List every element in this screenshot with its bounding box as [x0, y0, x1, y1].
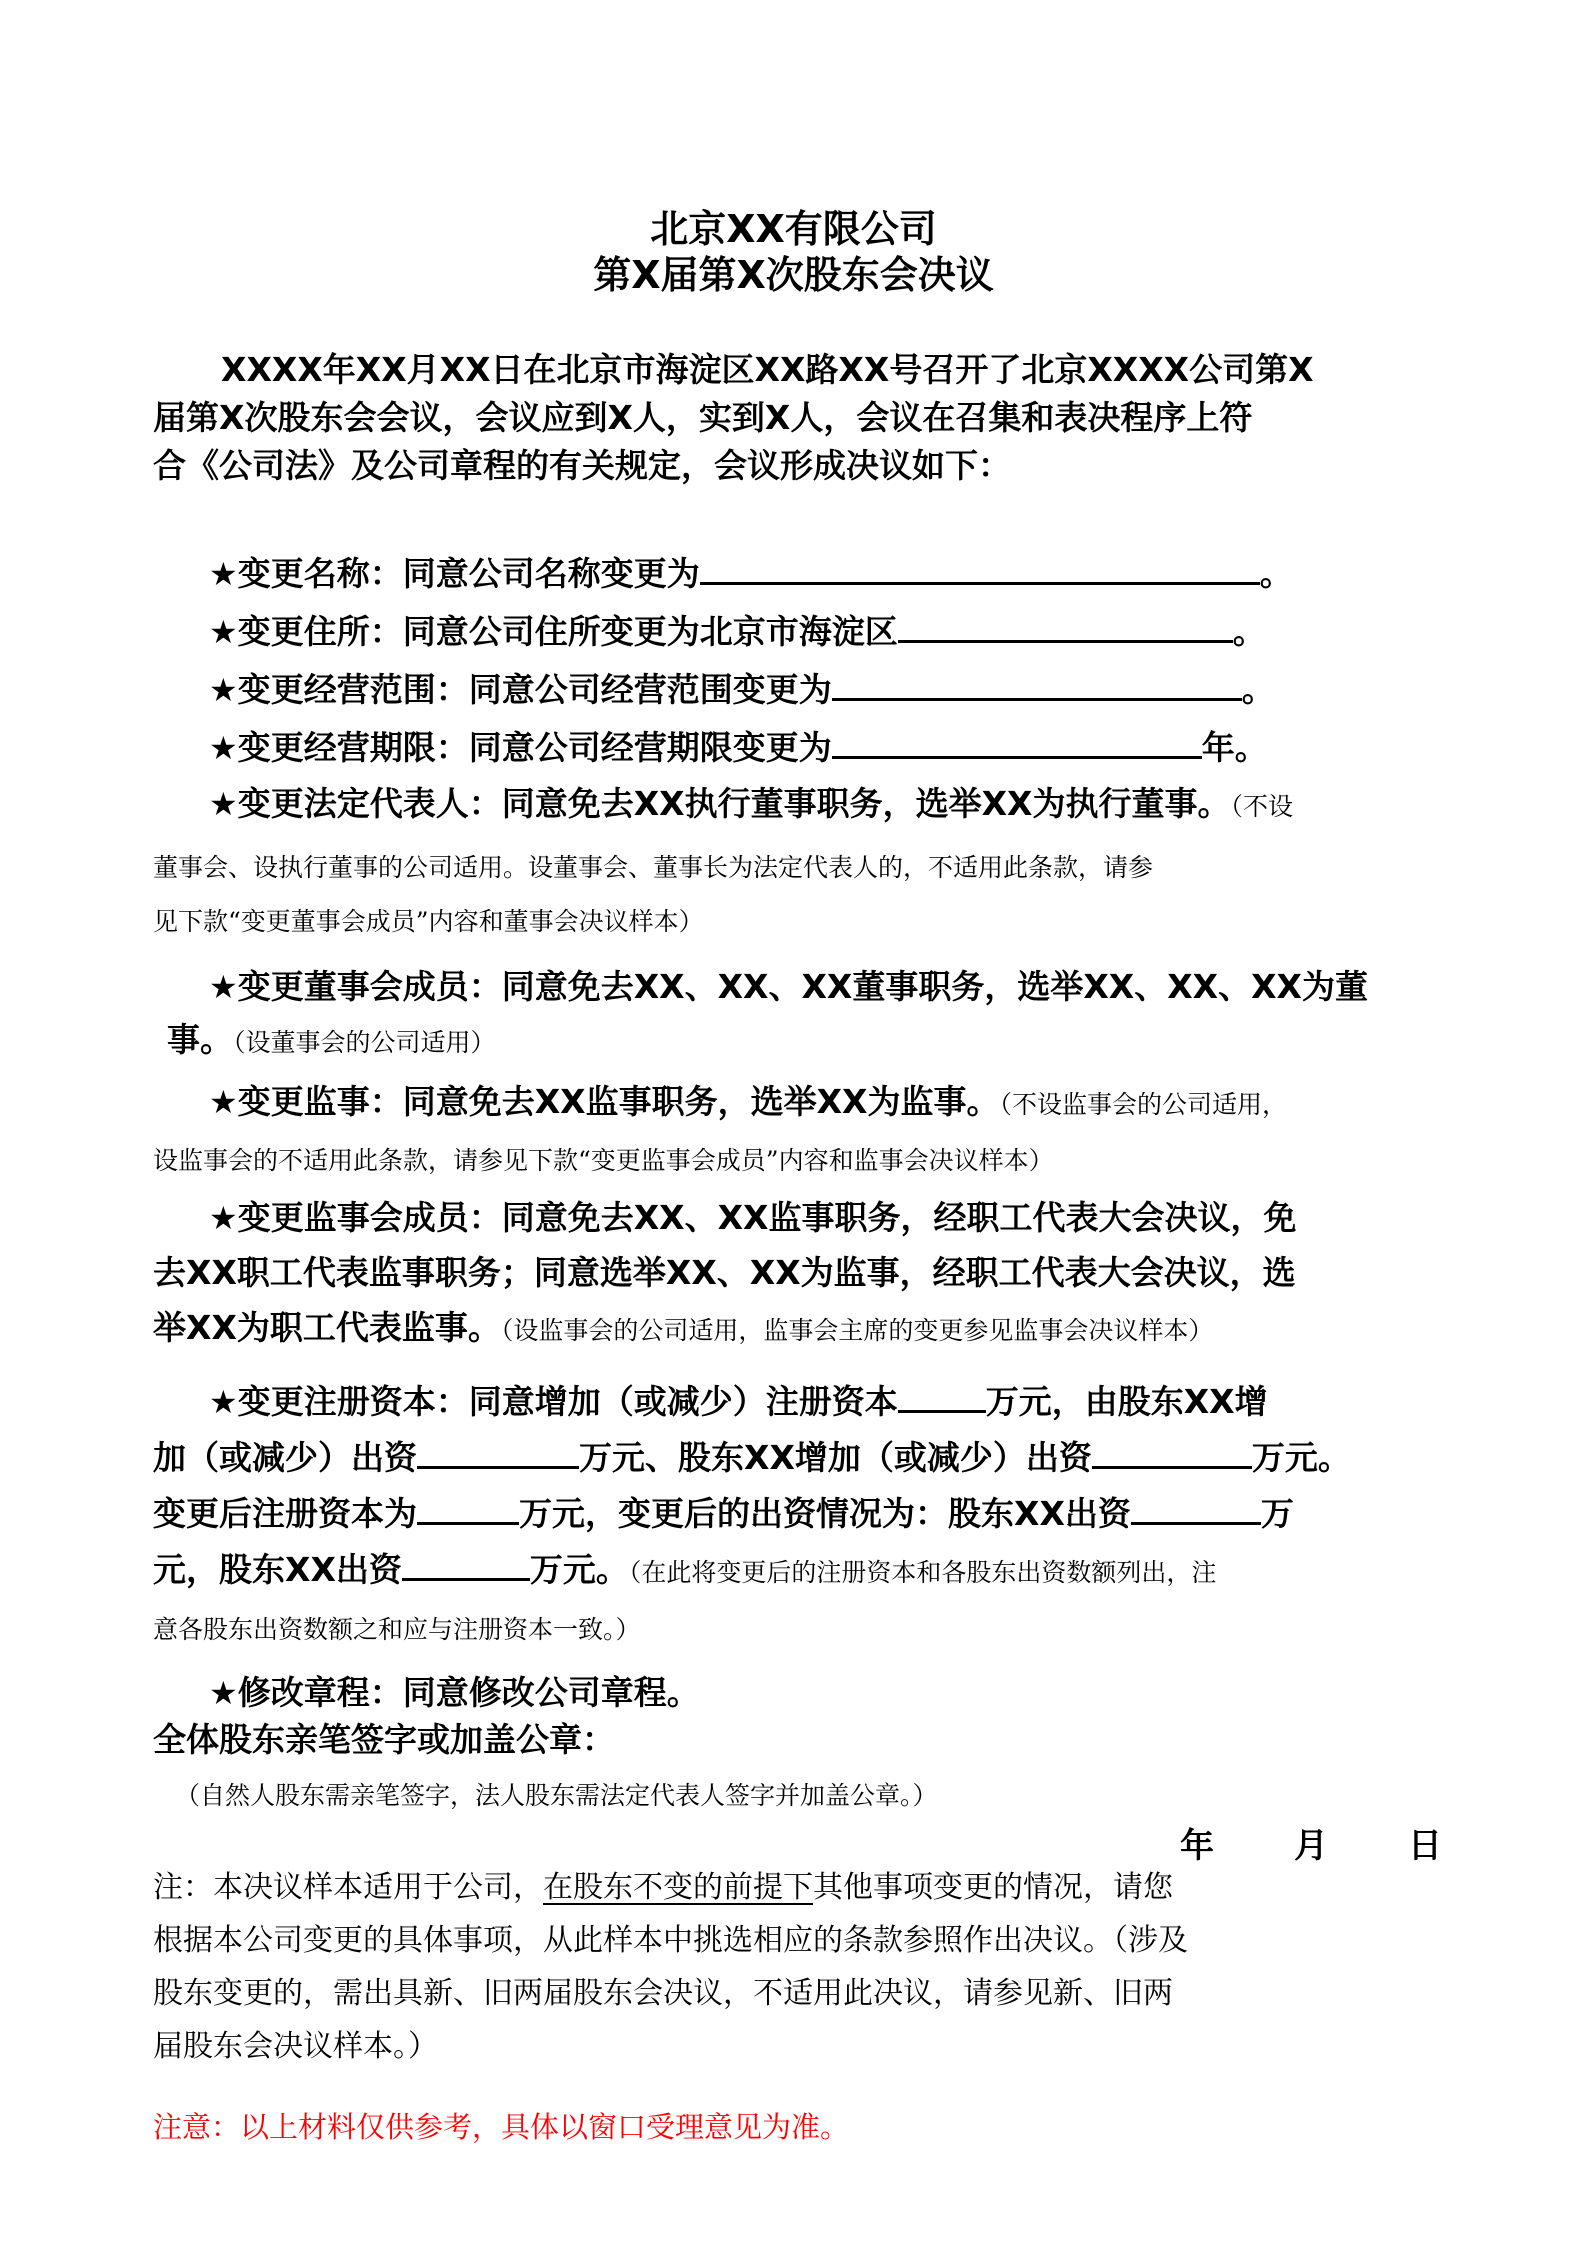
date-year: 年 — [1180, 1818, 1214, 1867]
legal-rep-note-2: 董事会、设执行董事的公司适用。设董事会、董事长为法定代表人的，不适用此条款，请参 — [153, 848, 1443, 888]
intro-line-3: 合《公司法》及公司章程的有关规定，会议形成决议如下： — [153, 446, 1443, 486]
star-icon: ★ — [209, 729, 238, 767]
date-line: 年 月 日 — [1180, 1818, 1442, 1867]
item-change-term: ★变更经营期限：同意公司经营期限变更为年。 — [153, 726, 1499, 768]
star-icon: ★ — [209, 1674, 238, 1712]
capital-amount-blank[interactable] — [898, 1380, 986, 1413]
legal-rep-note-3: 见下款“变更董事会成员”内容和董事会决议样本） — [153, 902, 1443, 942]
intro-line-1: XXXX年XX月XX日在北京市海淀区XX路XX号召开了北京XXXX公司第X — [153, 350, 1443, 390]
intro-line-2: 届第X次股东会会议，会议应到X人，实到X人，会议在召集和表决程序上符 — [153, 398, 1443, 438]
scope-blank-field[interactable] — [832, 668, 1242, 701]
term-blank-field[interactable] — [832, 726, 1202, 759]
capital-line-4: 元，股东XX出资万元。（在此将变更后的注册资本和各股东出资数额列出，注 — [153, 1548, 1443, 1593]
date-day: 日 — [1408, 1818, 1442, 1867]
star-icon: ★ — [209, 1083, 238, 1121]
resolution-title: 第X届第X次股东会决议 — [0, 244, 1587, 299]
document-page: 北京XX有限公司 第X届第X次股东会决议 XXXX年XX月XX日在北京市海淀区X… — [0, 0, 1587, 2245]
shareholder-new-2-blank[interactable] — [402, 1548, 530, 1581]
star-icon: ★ — [209, 1383, 238, 1421]
date-month: 月 — [1294, 1818, 1328, 1867]
item-change-address: ★变更住所：同意公司住所变更为北京市海淀区。 — [153, 610, 1499, 652]
capital-line-3: 变更后注册资本为万元，变更后的出资情况为：股东XX出资万 — [153, 1492, 1443, 1534]
item-change-name: ★变更名称：同意公司名称变更为。 — [153, 552, 1499, 594]
capital-note-2: 意各股东出资数额之和应与注册资本一致。） — [153, 1610, 1443, 1650]
star-icon: ★ — [209, 555, 238, 593]
capital-line-2: 加（或减少）出资万元、股东XX增加（或减少）出资万元。 — [153, 1436, 1443, 1478]
board-line-2: 事。（设董事会的公司适用） — [153, 1020, 1457, 1063]
item-change-legal-rep: ★变更法定代表人：同意免去XX执行董事职务，选举XX为执行董事。（不设 — [153, 784, 1499, 827]
item-change-supervisor: ★变更监事：同意免去XX监事职务，选举XX为监事。（不设监事会的公司适用， — [153, 1082, 1499, 1125]
item-amend-articles: ★修改章程：同意修改公司章程。 — [153, 1673, 1499, 1713]
star-icon: ★ — [209, 1199, 238, 1237]
star-icon: ★ — [209, 613, 238, 651]
star-icon: ★ — [209, 968, 238, 1006]
signature-heading: 全体股东亲笔签字或加盖公章： — [153, 1720, 1443, 1760]
signature-note: （自然人股东需亲笔签字，法人股东需法定代表人签字并加盖公章。） — [153, 1776, 1465, 1816]
item-change-supervisory-board: ★变更监事会成员：同意免去XX、XX监事职务，经职工代表大会决议，免 — [153, 1198, 1499, 1238]
footnote-line-3: 股东变更的，需出具新、旧两届股东会决议，不适用此决议，请参见新、旧两 — [153, 1971, 1448, 2017]
supervisory-board-line-2: 去XX职工代表监事职务；同意选举XX、XX为监事，经职工代表大会决议，选 — [153, 1253, 1443, 1293]
shareholder-1-contribution-blank[interactable] — [417, 1436, 579, 1469]
item-change-capital: ★变更注册资本：同意增加（或减少）注册资本万元，由股东XX增 — [153, 1380, 1499, 1422]
supervisory-board-line-3: 举XX为职工代表监事。（设监事会的公司适用，监事会主席的变更参见监事会决议样本） — [153, 1308, 1443, 1351]
shareholder-new-1-blank[interactable] — [1131, 1492, 1261, 1525]
supervisor-note-2: 设监事会的不适用此条款，请参见下款“变更监事会成员”内容和监事会决议样本） — [153, 1141, 1443, 1181]
footnote-line-2: 根据本公司变更的具体事项，从此样本中挑选相应的条款参照作出决议。（涉及 — [153, 1918, 1448, 1964]
item-change-board: ★变更董事会成员：同意免去XX、XX、XX董事职务，选举XX、XX、XX为董 — [153, 967, 1499, 1007]
underlined-condition: 在股东不变的前提下 — [543, 1870, 813, 1905]
star-icon: ★ — [209, 671, 238, 709]
star-icon: ★ — [209, 785, 238, 823]
address-blank-field[interactable] — [898, 610, 1233, 643]
footnote-line-1: 注：本决议样本适用于公司，在股东不变的前提下其他事项变更的情况，请您 — [153, 1865, 1448, 1911]
warning-text: 注意：以上材料仅供参考，具体以窗口受理意见为准。 — [153, 2104, 1448, 2150]
item-change-scope: ★变更经营范围：同意公司经营范围变更为。 — [153, 668, 1499, 710]
shareholder-2-contribution-blank[interactable] — [1092, 1436, 1252, 1469]
footnote-line-4: 届股东会决议样本。） — [153, 2024, 1448, 2070]
name-blank-field[interactable] — [700, 552, 1260, 585]
new-capital-blank[interactable] — [417, 1492, 519, 1525]
